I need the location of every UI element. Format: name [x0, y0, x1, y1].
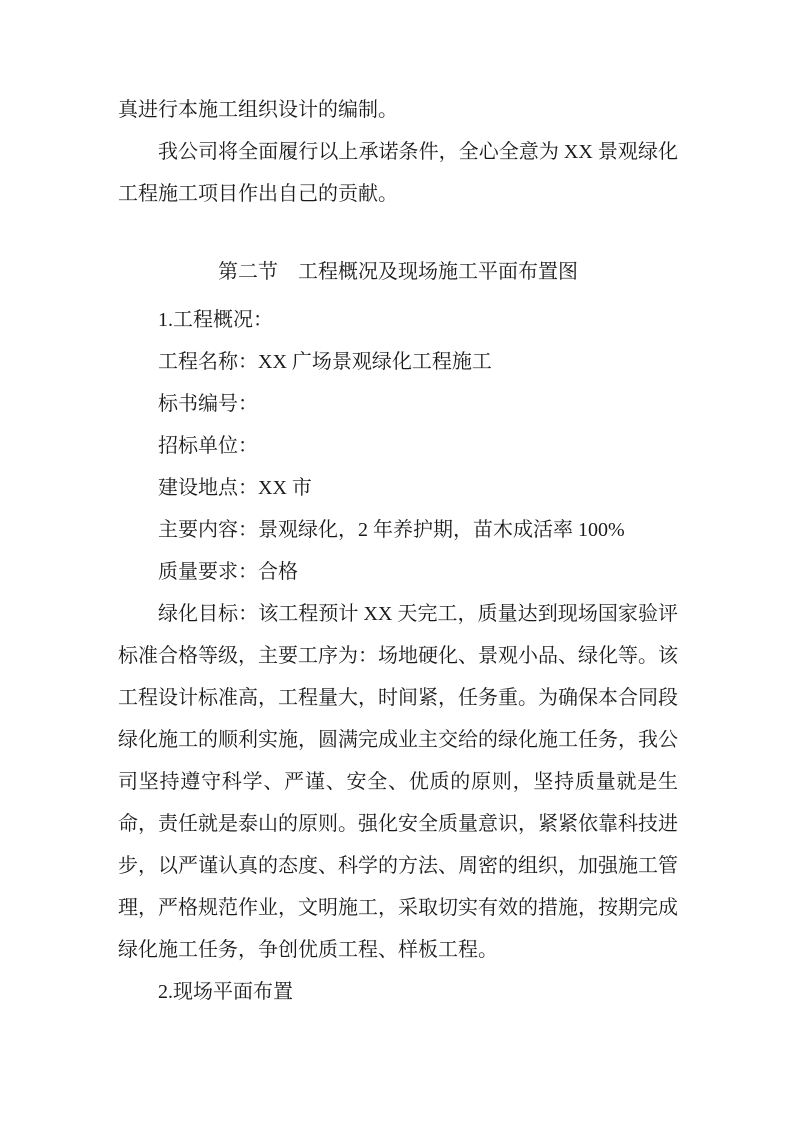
- paragraph-main-content: 主要内容：景观绿化，2 年养护期，苗木成活率 100%: [118, 509, 678, 551]
- paragraph-project-name: 工程名称：XX 广场景观绿化工程施工: [118, 341, 678, 383]
- paragraph-quality-requirement: 质量要求：合格: [118, 551, 678, 593]
- paragraph-site-layout-label: 2.现场平面布置: [118, 971, 678, 1013]
- paragraph-commitment: 我公司将全面履行以上承诺条件，全心全意为 XX 景观绿化工程施工项目作出自己的贡…: [118, 131, 678, 215]
- paragraph-construction-location: 建设地点：XX 市: [118, 467, 678, 509]
- paragraph-greening-goal: 绿化目标：该工程预计 XX 天完工，质量达到现场国家验评标准合格等级，主要工序为…: [118, 593, 678, 971]
- paragraph-tender-unit: 招标单位：: [118, 425, 678, 467]
- section-heading: 第二节 工程概况及现场施工平面布置图: [118, 251, 678, 293]
- document-page: 真进行本施工组织设计的编制。 我公司将全面履行以上承诺条件，全心全意为 XX 景…: [0, 0, 793, 1122]
- paragraph-overview-label: 1.工程概况：: [118, 299, 678, 341]
- paragraph-intro-continuation: 真进行本施工组织设计的编制。: [118, 89, 678, 131]
- paragraph-bid-number: 标书编号：: [118, 383, 678, 425]
